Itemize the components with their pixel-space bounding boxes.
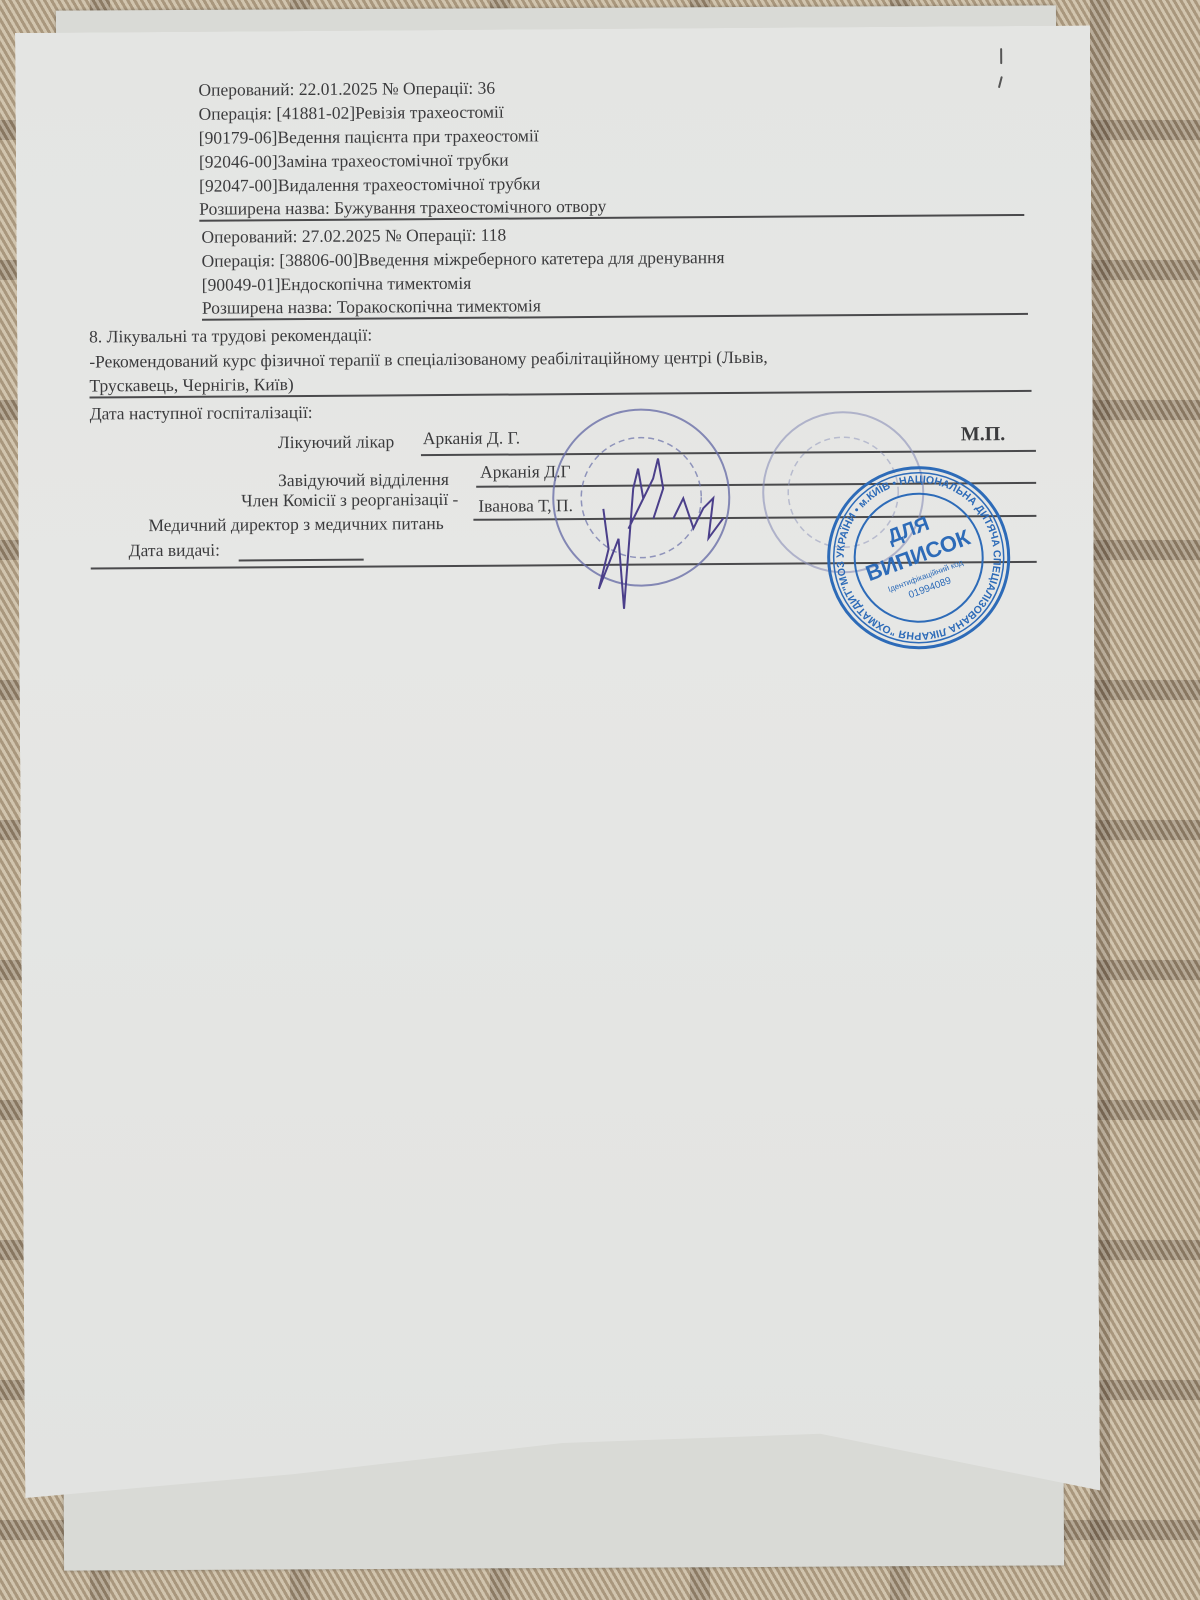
- recommendations-heading: 8. Лікувальні та трудові рекомендації:: [89, 327, 372, 346]
- commission-member-label: Член Комісії з реорганізації -: [241, 491, 458, 510]
- next-hospitalization-label: Дата наступної госпіталізації:: [90, 404, 313, 423]
- operation-1-name: Операція: [41881-02]Ревізія трахеостомії: [199, 104, 504, 124]
- issue-date-label: Дата видачі:: [129, 542, 221, 560]
- document-page: Оперований: 22.01.2025 № Операції: 36 Оп…: [15, 25, 1100, 1497]
- operation-2-item: [90049-01]Ендоскопічна тимектомія: [202, 275, 472, 294]
- operation-1-extended-name: Розширена назва: Бужування трахеостомічн…: [199, 198, 606, 218]
- staple-mark: [1000, 48, 1002, 64]
- operation-1-item: [92046-00]Заміна трахеостомічної трубки: [199, 152, 509, 172]
- signature: [583, 428, 744, 629]
- issue-date-field: [239, 559, 364, 561]
- medical-director-label: Медичний директор з медичних питань: [148, 515, 443, 535]
- operation-2-date: Оперований: 27.02.2025 № Операції: 118: [201, 227, 506, 247]
- operation-2-extended-name: Розширена назва: Торакоскопічна тимектом…: [202, 297, 541, 317]
- attending-doctor-label: Лікуючий лікар: [278, 433, 395, 451]
- department-head-label: Завідуючий відділення: [278, 471, 449, 490]
- recommendations-text: Трускавець, Чернігів, Київ): [89, 376, 293, 395]
- operation-1-item: [90179-06]Ведення пацієнта при трахеосто…: [199, 127, 539, 147]
- operation-2-name: Операція: [38806-00]Введення міжреберног…: [202, 249, 725, 270]
- staple-mark: [998, 76, 1003, 88]
- attending-doctor-name: Арканія Д. Г.: [423, 429, 520, 447]
- operation-1-date: Оперований: 22.01.2025 № Операції: 36: [198, 80, 495, 100]
- operation-1-item: [92047-00]Видалення трахеостомічної труб…: [199, 175, 540, 195]
- recommendations-text: -Рекомендований курс фізичної терапії в …: [89, 349, 768, 371]
